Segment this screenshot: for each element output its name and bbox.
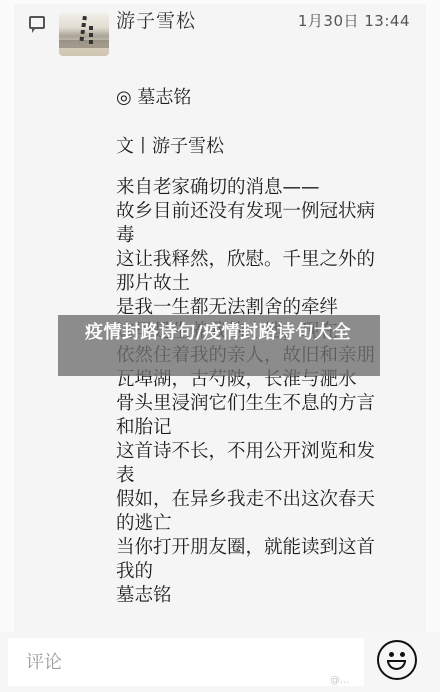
comment-input[interactable] [8,638,364,686]
poem-line: 骨头里浸润它们生生不息的方言 [116,392,416,416]
poem-author: 文丨游子雪松 [116,135,416,159]
poem-line: 毒 [116,224,416,248]
sender-name[interactable]: 游子雪松 [116,6,196,33]
avatar-calligraphy [89,26,93,44]
title-overlay-text: 疫情封路诗句/疫情封路诗句大全 [68,322,368,344]
post-header: 游子雪松 1月30日 13:44 [0,0,440,60]
poem-line: 那片故土 [116,272,416,296]
speech-bubble-icon[interactable] [29,16,45,29]
poem-lines: 来自老家确切的消息—— 故乡目前还没有发现一例冠状病 毒 这让我释然，欣慰。千里… [116,176,416,608]
poem-line: 假如，在异乡我走不出这次春天 [116,488,416,512]
smiley-face-icon[interactable] [377,640,417,680]
avatar[interactable] [59,12,109,56]
poem-line: 墓志铭 [116,584,416,608]
poem-line: 来自老家确切的消息—— [116,176,416,200]
avatar-landscape [59,40,109,48]
emoji-eye [400,652,405,657]
poem-line: 的逃亡 [116,512,416,536]
poem-line: 我的 [116,560,416,584]
poem-line: 表 [116,464,416,488]
moments-detail-screen: 游子雪松 1月30日 13:44 ◎ 墓志铭 文丨游子雪松 来自老家确切的消息—… [0,0,440,692]
poem-title: ◎ 墓志铭 [116,86,416,110]
weibo-watermark: @... [330,675,350,686]
emoji-mouth [387,660,406,670]
comment-bar [0,632,440,692]
post-timestamp: 1月30日 13:44 [298,10,410,31]
poem-line: 这首诗不长，不用公开浏览和发 [116,440,416,464]
poem-line: 这让我释然，欣慰。千里之外的 [116,248,416,272]
poem-line: 当你打开朋友圈，就能读到这首 [116,536,416,560]
poem-line: 故乡目前还没有发现一例冠状病 [116,200,416,224]
emoji-eye [389,652,394,657]
poem-line: 和胎记 [116,416,416,440]
